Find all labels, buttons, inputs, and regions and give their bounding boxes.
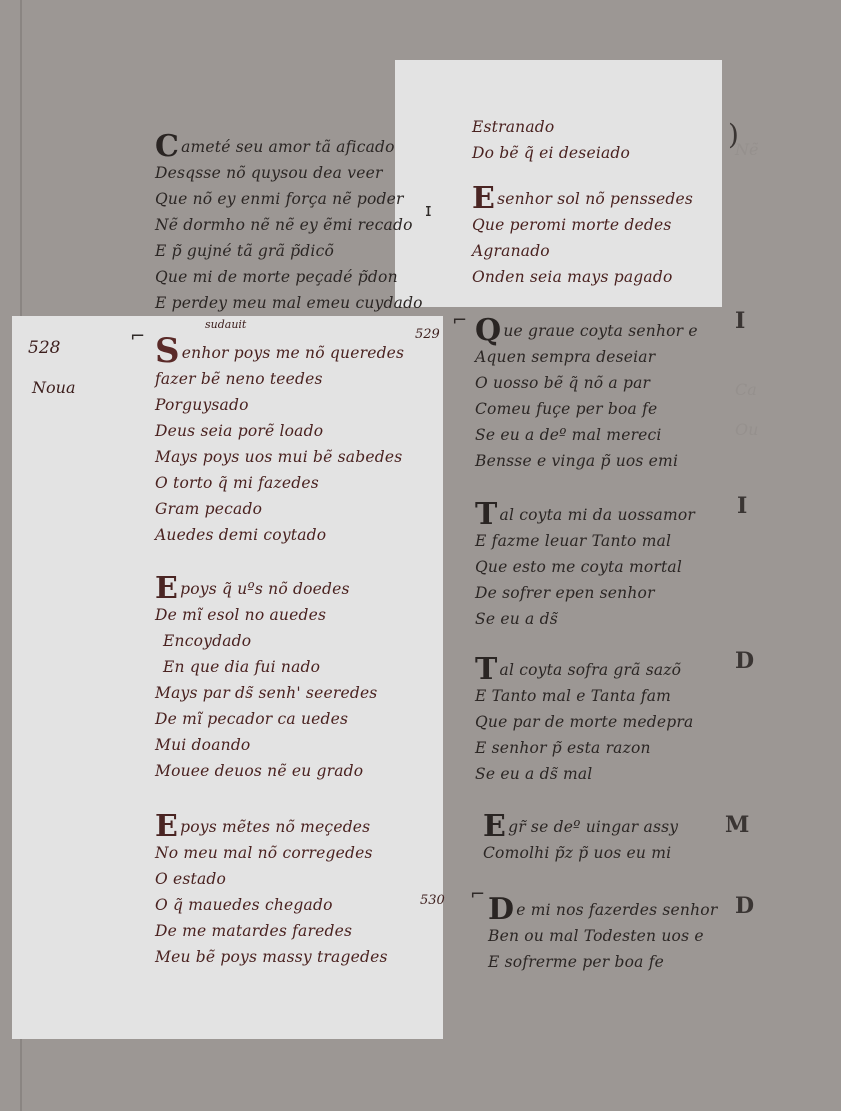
verse-line: Agranado [472, 238, 693, 264]
guide-letter: D [735, 893, 754, 919]
verse-line: E Tanto mal e Tanta fam [475, 683, 693, 709]
superscript-note: sudauit [205, 318, 246, 331]
guide-letter: I [735, 308, 745, 334]
verse-line: Que mi de morte peçadé p̃don [155, 264, 423, 290]
verse-line: Mouee deuos nẽ eu grado [155, 758, 377, 784]
verse-line: De mĩ pecador ca uedes [155, 706, 377, 732]
verse-line: Mays poys uos mui bẽ sabedes [155, 444, 404, 470]
verse-line: E fazme leuar Tanto mal [475, 528, 695, 554]
verse-line: Que par de morte medepra [475, 709, 693, 735]
verse-line: Se eu a ds̃ [475, 606, 695, 632]
verse-line: Mays par ds̃ senh' seeredes [155, 680, 377, 706]
drop-cap: Q [475, 313, 501, 348]
bracket-mark: ⌐ [470, 884, 485, 905]
right-stanza-6: De mi nos fazerdes senhor Ben ou mal Tod… [488, 897, 717, 975]
folio-number: 530 [420, 893, 445, 908]
verse-line: Ben ou mal Todesten uos e [488, 923, 717, 949]
verse-line: Cameté seu amor tã aficado [155, 134, 423, 160]
left-stanza-3: Epoys mẽtes nõ meçedes No meu mal nõ cor… [155, 814, 388, 970]
verse-line: Esenhor sol nõ penssedes [472, 186, 693, 212]
bleed-through-text: Ca [735, 380, 757, 399]
verse-line: Se eu a ds̃ mal [475, 761, 693, 787]
verse-line: E senhor p̃ esta razon [475, 735, 693, 761]
verse-line: E sofrerme per boa fe [488, 949, 717, 975]
margin-note: Noua [32, 378, 75, 397]
margin-bracket-mark: ) [728, 118, 739, 151]
verse-line: De sofrer epen senhor [475, 580, 695, 606]
drop-cap: T [475, 497, 498, 532]
bleed-through-text: Ou [735, 420, 758, 439]
right-stanza-5: Egr̃ se deº uingar assy Comolhi p̃z p̃ u… [483, 814, 678, 866]
right-stanza-top: Estranado Do bẽ q̃ ei deseiado [472, 114, 630, 166]
verse-line: Gram pecado [155, 496, 404, 522]
verse-line: De me matardes faredes [155, 918, 388, 944]
left-stanza-2: Epoys q̃ uºs nõ doedes De mĩ esol no aue… [155, 576, 377, 784]
drop-cap: E [155, 809, 178, 844]
verse-line: Que peromi morte dedes [472, 212, 693, 238]
verse-line: Mui doando [155, 732, 377, 758]
verse-line: O uosso bẽ q̃ nõ a par [475, 370, 698, 396]
verse-line: Deus seia porẽ loado [155, 418, 404, 444]
verse-line: Estranado [472, 114, 630, 140]
verse-line: Aquen sempra deseiar [475, 344, 698, 370]
guide-letter: M [725, 812, 749, 838]
drop-cap: E [483, 809, 506, 844]
verse-line: Tal coyta sofra grã sazõ [475, 657, 693, 683]
left-stanza-1: Senhor poys me nõ queredes fazer bẽ neno… [155, 340, 404, 548]
verse-line: Que nõ ey enmi força nẽ poder [155, 186, 423, 212]
verse-line: Desqsse nõ quysou dea veer [155, 160, 423, 186]
drop-cap: D [488, 892, 514, 927]
verse-line: Epoys mẽtes nõ meçedes [155, 814, 388, 840]
verse-line: Bensse e vinga p̃ uos emi [475, 448, 698, 474]
drop-cap: E [155, 571, 178, 606]
left-stanza-top: Cameté seu amor tã aficado Desqsse nõ qu… [155, 134, 423, 316]
bracket-mark: ⌐ [130, 326, 145, 347]
verse-line: De mĩ esol no auedes [155, 602, 377, 628]
verse-line: E p̃ gujné tã grã p̃dicõ [155, 238, 423, 264]
verse-line: Comeu fuçe per boa fe [475, 396, 698, 422]
right-stanza-2: Que graue coyta senhor e Aquen sempra de… [475, 318, 698, 474]
folio-number: 528 [28, 338, 60, 358]
guide-letter: I [737, 493, 747, 519]
verse-line: Que esto me coyta mortal [475, 554, 695, 580]
verse-line: Onden seia mays pagado [472, 264, 693, 290]
right-stanza-3: Tal coyta mi da uossamor E fazme leuar T… [475, 502, 695, 632]
verse-line: Se eu a deº mal mereci [475, 422, 698, 448]
verse-line: Comolhi p̃z p̃ uos eu mi [483, 840, 678, 866]
verse-line: Senhor poys me nõ queredes [155, 340, 404, 366]
verse-line: O estado [155, 866, 388, 892]
bracket-mark: ɪ [425, 200, 432, 221]
right-stanza-1: Esenhor sol nõ penssedes Que peromi mort… [472, 186, 693, 290]
verse-line: Egr̃ se deº uingar assy [483, 814, 678, 840]
guide-letter: D [735, 648, 754, 674]
verse-line: O torto q̃ mi fazedes [155, 470, 404, 496]
verse-line: Auedes demi coytado [155, 522, 404, 548]
bracket-mark: ⌐ [452, 310, 467, 331]
verse-line: Nẽ dormho nẽ nẽ ey ẽmi recado [155, 212, 423, 238]
verse-line: De mi nos fazerdes senhor [488, 897, 717, 923]
verse-line: Do bẽ q̃ ei deseiado [472, 140, 630, 166]
drop-cap: T [475, 652, 498, 687]
verse-line: En que dia fui nado [155, 654, 377, 680]
right-stanza-4: Tal coyta sofra grã sazõ E Tanto mal e T… [475, 657, 693, 787]
verse-line: Epoys q̃ uºs nõ doedes [155, 576, 377, 602]
verse-line: Tal coyta mi da uossamor [475, 502, 695, 528]
drop-cap: E [472, 181, 495, 216]
verse-line: O q̃ mauedes chegado [155, 892, 388, 918]
folio-number: 529 [415, 327, 440, 342]
verse-line: fazer bẽ neno teedes [155, 366, 404, 392]
verse-line: Encoydado [155, 628, 377, 654]
verse-line: Porguysado [155, 392, 404, 418]
verse-line: Meu bẽ poys massy tragedes [155, 944, 388, 970]
verse-line: Que graue coyta senhor e [475, 318, 698, 344]
drop-cap: C [155, 129, 179, 164]
verse-line: E perdey meu mal emeu cuydado [155, 290, 423, 316]
verse-line: No meu mal nõ corregedes [155, 840, 388, 866]
drop-cap: S [155, 331, 180, 371]
